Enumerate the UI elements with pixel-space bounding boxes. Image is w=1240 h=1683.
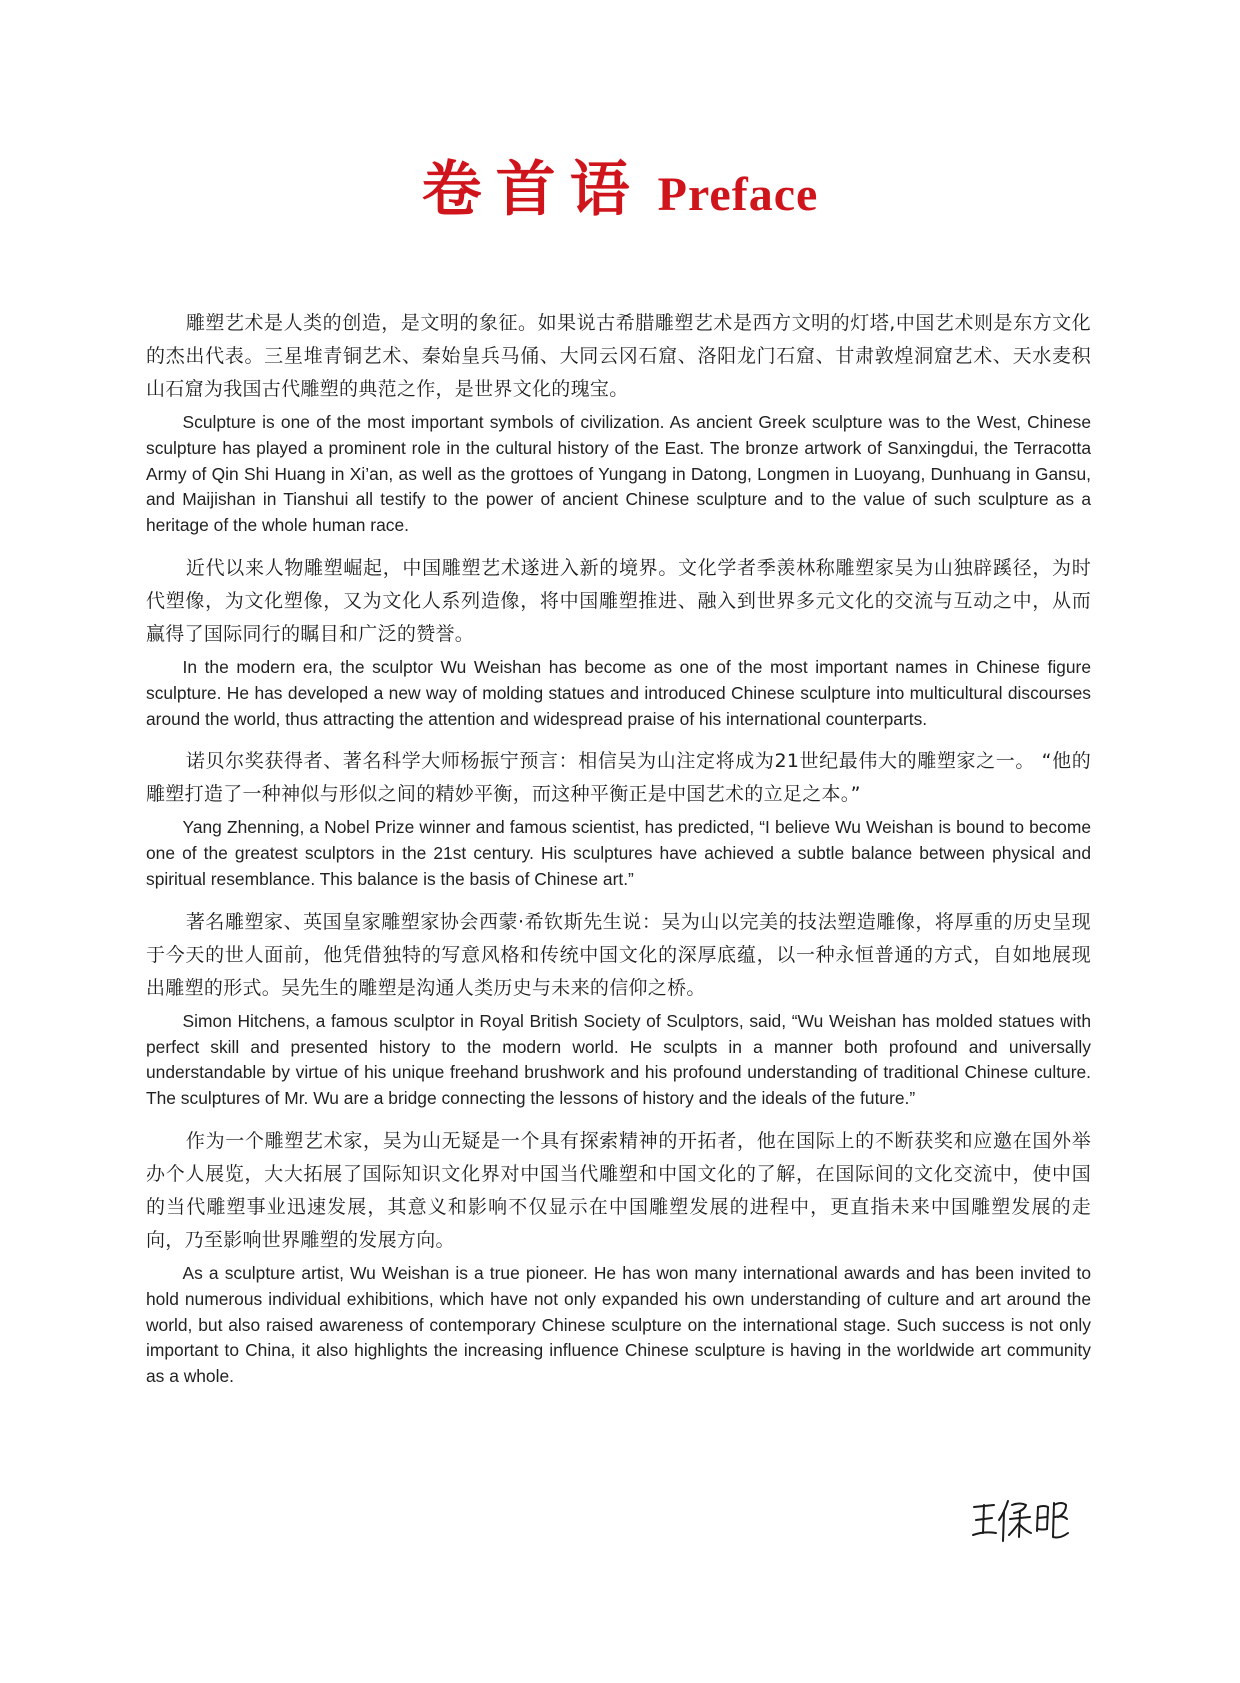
paragraph-chinese: 作为一个雕塑艺术家，吴为山无疑是一个具有探索精神的开拓者，他在国际上的不断获奖和… (146, 1125, 1091, 1257)
paragraph-chinese: 雕塑艺术是人类的创造，是文明的象征。如果说古希腊雕塑艺术是西方文明的灯塔,中国艺… (146, 307, 1091, 406)
section-5: 作为一个雕塑艺术家，吴为山无疑是一个具有探索精神的开拓者，他在国际上的不断获奖和… (146, 1125, 1091, 1390)
page-title: 卷首语Preface (0, 142, 1240, 228)
paragraph-chinese: 诺贝尔奖获得者、著名科学大师杨振宁预言：相信吴为山注定将成为21世纪最伟大的雕塑… (146, 745, 1091, 811)
signature-icon (968, 1493, 1078, 1547)
paragraph-english: Sculpture is one of the most important s… (146, 410, 1091, 539)
paragraph-english: In the modern era, the sculptor Wu Weish… (146, 655, 1091, 732)
paragraph-english: Yang Zhenning, a Nobel Prize winner and … (146, 815, 1091, 892)
section-4: 著名雕塑家、英国皇家雕塑家协会西蒙·希钦斯先生说：吴为山以完美的技法塑造雕像，将… (146, 906, 1091, 1112)
section-3: 诺贝尔奖获得者、著名科学大师杨振宁预言：相信吴为山注定将成为21世纪最伟大的雕塑… (146, 745, 1091, 892)
preface-body: 雕塑艺术是人类的创造，是文明的象征。如果说古希腊雕塑艺术是西方文明的灯塔,中国艺… (146, 307, 1091, 1403)
title-chinese: 卷首语 (422, 155, 644, 225)
paragraph-english: Simon Hitchens, a famous sculptor in Roy… (146, 1009, 1091, 1112)
paragraph-english: As a sculpture artist, Wu Weishan is a t… (146, 1261, 1091, 1390)
paragraph-chinese: 著名雕塑家、英国皇家雕塑家协会西蒙·希钦斯先生说：吴为山以完美的技法塑造雕像，将… (146, 906, 1091, 1005)
preface-page: 卷首语Preface 雕塑艺术是人类的创造，是文明的象征。如果说古希腊雕塑艺术是… (0, 0, 1240, 1683)
section-1: 雕塑艺术是人类的创造，是文明的象征。如果说古希腊雕塑艺术是西方文明的灯塔,中国艺… (146, 307, 1091, 539)
title-english: Preface (658, 168, 819, 221)
paragraph-chinese: 近代以来人物雕塑崛起，中国雕塑艺术遂进入新的境界。文化学者季羡林称雕塑家吴为山独… (146, 552, 1091, 651)
section-2: 近代以来人物雕塑崛起，中国雕塑艺术遂进入新的境界。文化学者季羡林称雕塑家吴为山独… (146, 552, 1091, 732)
